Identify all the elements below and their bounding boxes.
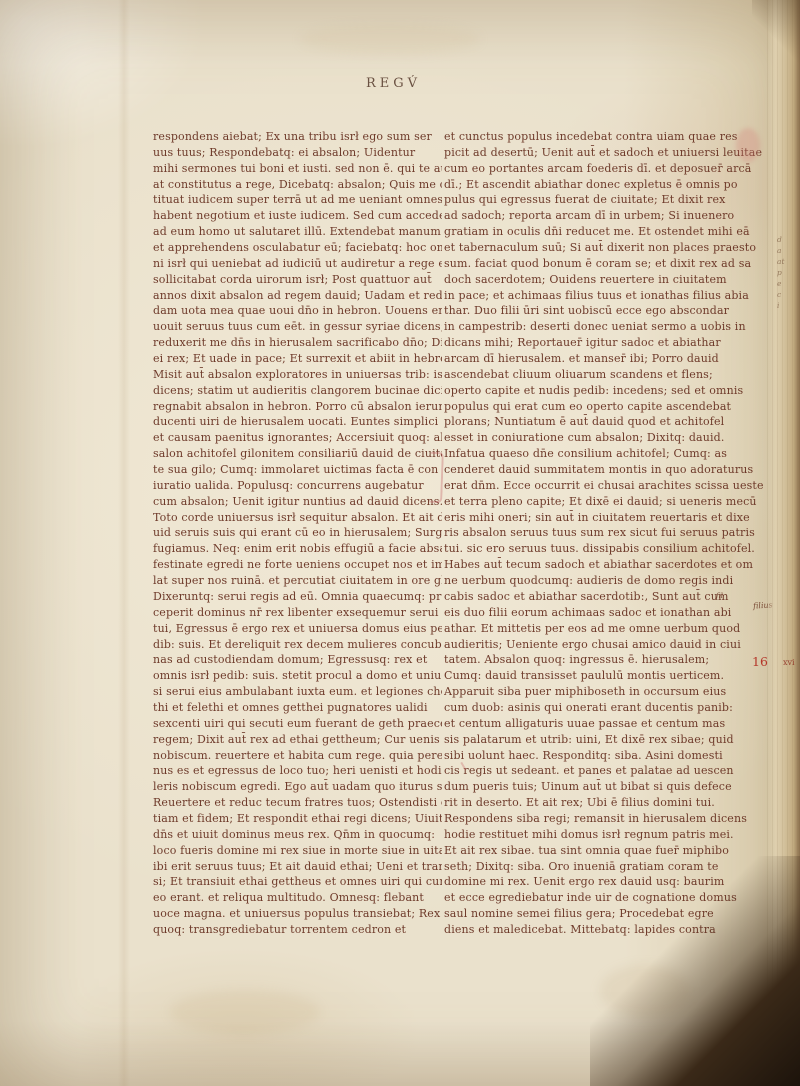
manuscript-line: Reuertere et reduc tecum fratres tuos; O… bbox=[153, 795, 442, 811]
manuscript-line: dn̄s et uiuit dominus meus rex. Qn̄m in … bbox=[153, 827, 442, 843]
manuscript-line: hodie restituet mihi domus isrł regnum p… bbox=[444, 827, 766, 843]
manuscript-line: erat dn̄m. Ecce occurrit ei chusai arach… bbox=[444, 478, 766, 494]
fore-edge-fragment: d bbox=[777, 234, 797, 245]
manuscript-line: ei rex; Et uade in pace; Et surrexit et … bbox=[153, 351, 442, 367]
manuscript-line: habent negotium et iuste iudicem. Sed cu… bbox=[153, 208, 442, 224]
manuscript-line: cum absalon; Uenit igitur nuntius ad dau… bbox=[153, 494, 442, 510]
fore-edge-fragment: c bbox=[777, 289, 797, 300]
manuscript-line: dum pueris tuis; Uinum aut̄ ut bibat si … bbox=[444, 779, 766, 795]
fore-edge-fragment: at bbox=[777, 256, 797, 267]
manuscript-page-photo: REGV́ respondens aiebat; Ex una tribu is… bbox=[0, 0, 800, 1086]
manuscript-line: arcam dī hierusalem. et manser̄ ibi; Por… bbox=[444, 351, 766, 367]
manuscript-line: cenderet dauid summitatem montis in quo … bbox=[444, 462, 766, 478]
fore-edge-rubric-mark: xvi bbox=[783, 658, 795, 667]
manuscript-line: sibi uolunt haec. Responditq: siba. Asin… bbox=[444, 748, 766, 764]
manuscript-line: si; Et transiuit ethai gettheus et omnes… bbox=[153, 874, 442, 890]
manuscript-line: ducenti uiri de hierusalem uocati. Eunte… bbox=[153, 414, 442, 430]
manuscript-line: rit in deserto. Et ait rex; Ubi ē filius… bbox=[444, 795, 766, 811]
manuscript-line: in pace; et achimaas filius tuus et iona… bbox=[444, 288, 766, 304]
manuscript-line: festinate egredi ne forte ueniens occupe… bbox=[153, 557, 442, 573]
fore-edge-fragment: a bbox=[777, 245, 797, 256]
manuscript-line: Respondens siba regi; remansit in hierus… bbox=[444, 811, 766, 827]
manuscript-line: cis regis ut sedeant. et panes et palata… bbox=[444, 763, 766, 779]
manuscript-line: pulus qui egressus fuerat de ciuitate; E… bbox=[444, 192, 766, 208]
manuscript-line: Habes aut̄ tecum sadoch et abiathar sace… bbox=[444, 557, 766, 573]
manuscript-line: audieritis; Ueniente ergo chusai amico d… bbox=[444, 637, 766, 653]
manuscript-line: domine mi rex. Uenit ergo rex dauid usq:… bbox=[444, 874, 766, 890]
manuscript-line: et ecce egrediebatur inde uir de cognati… bbox=[444, 890, 766, 906]
manuscript-line: saul nomine semei filius gera; Procedeba… bbox=[444, 906, 766, 922]
manuscript-line: plorans; Nuntiatum ē aut̄ dauid quod et … bbox=[444, 414, 766, 430]
manuscript-line: ad eum homo ut salutaret illū. Extendeba… bbox=[153, 224, 442, 240]
running-title: REGV́ bbox=[366, 76, 486, 91]
manuscript-line: tiam et fidem; Et respondit ethai regi d… bbox=[153, 811, 442, 827]
manuscript-line: Misit aut̄ absalon exploratores in uniue… bbox=[153, 367, 442, 383]
manuscript-line: in campestrib: deserti donec ueniat serm… bbox=[444, 319, 766, 335]
manuscript-line: ascendebat cliuum oliuarum scandens et f… bbox=[444, 367, 766, 383]
fore-edge-fragment: e bbox=[777, 278, 797, 289]
manuscript-line: si serui eius ambulabant iuxta eum. et l… bbox=[153, 684, 442, 700]
manuscript-line: doch sacerdotem; Ouidens reuertere in ci… bbox=[444, 272, 766, 288]
manuscript-line: dī.; Et ascendit abiathar donec expletus… bbox=[444, 177, 766, 193]
manuscript-line: nobiscum. reuertere et habita cum rege. … bbox=[153, 748, 442, 764]
manuscript-line: at constitutus a rege, Dicebatq: absalon… bbox=[153, 177, 442, 193]
manuscript-line: esset in coniuratione cum absalon; Dixit… bbox=[444, 430, 766, 446]
manuscript-line: diens et maledicebat. Mittebatq: lapides… bbox=[444, 922, 766, 938]
manuscript-line: regem; Dixit aut̄ rex ad ethai gettheum;… bbox=[153, 732, 442, 748]
manuscript-line: Dixeruntq: serui regis ad eū. Omnia quae… bbox=[153, 589, 442, 605]
manuscript-line: cum eo portantes arcam foederis dī. et d… bbox=[444, 161, 766, 177]
parchment-stain bbox=[170, 990, 320, 1034]
manuscript-line: regnabit absalon in hebron. Porro cū abs… bbox=[153, 399, 442, 415]
text-column-left: respondens aiebat; Ex una tribu isrł ego… bbox=[153, 129, 442, 941]
manuscript-line: gratiam in oculis dn̄i reducet me. Et os… bbox=[444, 224, 766, 240]
manuscript-line: et tabernaculum suū; Si aut̄ dixerit non… bbox=[444, 240, 766, 256]
manuscript-line: ni isrł qui ueniebat ad iudiciū ut audir… bbox=[153, 256, 442, 272]
manuscript-line: te sua gilo; Cumq: immolaret uictimas fa… bbox=[153, 462, 442, 478]
manuscript-line: ibi erit seruus tuus; Et ait dauid ethai… bbox=[153, 859, 442, 875]
parchment-stain bbox=[300, 24, 480, 54]
manuscript-line: sis palatarum et utrib: uini, Et dixē re… bbox=[444, 732, 766, 748]
manuscript-line: respondens aiebat; Ex una tribu isrł ego… bbox=[153, 129, 442, 145]
manuscript-line: nas ad custodiendam domum; Egressusq: re… bbox=[153, 652, 442, 668]
ink-offset-bracket-mark bbox=[429, 452, 444, 503]
manuscript-line: Et ait rex sibae. tua sint omnia quae fu… bbox=[444, 843, 766, 859]
chapter-number-rubric: 16 bbox=[752, 654, 768, 669]
manuscript-line: eris mihi oneri; sin aut̄ in ciuitatem r… bbox=[444, 510, 766, 526]
manuscript-line: fugiamus. Neq: enim erit nobis effugiū a… bbox=[153, 541, 442, 557]
manuscript-line: Infatua quaeso dn̄e consilium achitofel;… bbox=[444, 446, 766, 462]
manuscript-line: et cunctus populus incedebat contra uiam… bbox=[444, 129, 766, 145]
manuscript-line: dam uota mea quae uoui dn̄o in hebron. U… bbox=[153, 303, 442, 319]
text-column-right: et cunctus populus incedebat contra uiam… bbox=[444, 129, 766, 941]
manuscript-line: quoq: transgrediebatur torrentem cedron … bbox=[153, 922, 442, 938]
manuscript-line: reduxerit me dn̄s in hierusalem sacrific… bbox=[153, 335, 442, 351]
manuscript-line: annos dixit absalon ad regem dauid; Uada… bbox=[153, 288, 442, 304]
manuscript-line: dicans mihi; Reportauer̄ igitur sadoc et… bbox=[444, 335, 766, 351]
manuscript-line: athar. Et mittetis per eos ad me omne ue… bbox=[444, 621, 766, 637]
manuscript-line: et centum alligaturis uuae passae et cen… bbox=[444, 716, 766, 732]
manuscript-line: lat super nos ruinā. et percutiat ciuita… bbox=[153, 573, 442, 589]
manuscript-line: Toto corde uniuersus isrł sequitur absal… bbox=[153, 510, 442, 526]
manuscript-line: thi et felethi et omnes getthei pugnator… bbox=[153, 700, 442, 716]
manuscript-line: uid seruis suis qui erant cū eo in hieru… bbox=[153, 525, 442, 541]
manuscript-line: sexcenti uiri qui secuti eum fuerant de … bbox=[153, 716, 442, 732]
manuscript-line: seth; Dixitq: siba. Oro inueniā gratiam … bbox=[444, 859, 766, 875]
manuscript-line: iuratio ualida. Populusq: concurrens aug… bbox=[153, 478, 442, 494]
manuscript-line: populus qui erat cum eo operto capite as… bbox=[444, 399, 766, 415]
interlinear-correction: fil bbox=[716, 592, 723, 600]
manuscript-line: leris nobiscum egredi. Ego aut̄ uadam qu… bbox=[153, 779, 442, 795]
manuscript-line: salon achitofel gilonitem consiliariū da… bbox=[153, 446, 442, 462]
manuscript-line: ad sadoch; reporta arcam dī in urbem; Si… bbox=[444, 208, 766, 224]
manuscript-line: dicens; statim ut audieritis clangorem b… bbox=[153, 383, 442, 399]
manuscript-line: operto capite et nudis pedib: incedens; … bbox=[444, 383, 766, 399]
manuscript-line: mihi sermones tui boni et iusti. sed non… bbox=[153, 161, 442, 177]
manuscript-line: sollicitabat corda uirorum isrł; Post qu… bbox=[153, 272, 442, 288]
manuscript-line: uoce magna. et uniuersus populus transie… bbox=[153, 906, 442, 922]
manuscript-line: Apparuit siba puer miphiboseth in occurs… bbox=[444, 684, 766, 700]
manuscript-line: Cumq: dauid transisset paululū montis ue… bbox=[444, 668, 766, 684]
manuscript-line: tui. sic ero seruus tuus. dissipabis con… bbox=[444, 541, 766, 557]
parchment-crease bbox=[118, 0, 130, 1086]
manuscript-line: et apprehendens osculabatur eū; faciebat… bbox=[153, 240, 442, 256]
parchment-stain bbox=[600, 965, 690, 1017]
fore-edge-letter-fragments: daatpeci bbox=[777, 234, 797, 311]
fore-edge-fragment: i bbox=[777, 300, 797, 311]
manuscript-line: uouit seruus tuus cum eēt. in gessur syr… bbox=[153, 319, 442, 335]
manuscript-line: tatem. Absalon quoq: ingressus ē. hierus… bbox=[444, 652, 766, 668]
manuscript-line: eo erant. et reliqua multitudo. Omnesq: … bbox=[153, 890, 442, 906]
manuscript-line: ceperit dominus nr̄ rex libenter exseque… bbox=[153, 605, 442, 621]
fore-edge-fragment: p bbox=[777, 267, 797, 278]
manuscript-line: omnis isrł pedib: suis. stetit procul a … bbox=[153, 668, 442, 684]
manuscript-line: uus tuus; Respondebatq: ei absalon; Uide… bbox=[153, 145, 442, 161]
manuscript-line: ne uerbum quodcumq: audieris de domo reg… bbox=[444, 573, 766, 589]
manuscript-line: ris absalon seruus tuus sum rex sicut fu… bbox=[444, 525, 766, 541]
manuscript-line: thar. Duo filii ūri sint uobiscū ecce eg… bbox=[444, 303, 766, 319]
manuscript-line: et causam paenitus ignorantes; Accersiui… bbox=[153, 430, 442, 446]
manuscript-line: picit ad desertū; Uenit aut̄ et sadoch e… bbox=[444, 145, 766, 161]
manuscript-line: cum duob: asinis qui onerati erant ducen… bbox=[444, 700, 766, 716]
ink-offset-smudge bbox=[736, 128, 760, 162]
manuscript-line: loco fueris domine mi rex siue in morte … bbox=[153, 843, 442, 859]
manuscript-line: nus es et egressus de loco tuo; heri uen… bbox=[153, 763, 442, 779]
manuscript-line: tituat iudicem super terrā ut ad me ueni… bbox=[153, 192, 442, 208]
manuscript-line: sum. faciat quod bonum ē coram se; et di… bbox=[444, 256, 766, 272]
book-fore-edge bbox=[767, 0, 800, 1086]
manuscript-line: dib: suis. Et dereliquit rex decem mulie… bbox=[153, 637, 442, 653]
manuscript-line: et terra pleno capite; Et dixē ei dauid;… bbox=[444, 494, 766, 510]
manuscript-line: tui, Egressus ē ergo rex et uniuersa dom… bbox=[153, 621, 442, 637]
manuscript-line: eis duo filii eorum achimaas sadoc et io… bbox=[444, 605, 766, 621]
